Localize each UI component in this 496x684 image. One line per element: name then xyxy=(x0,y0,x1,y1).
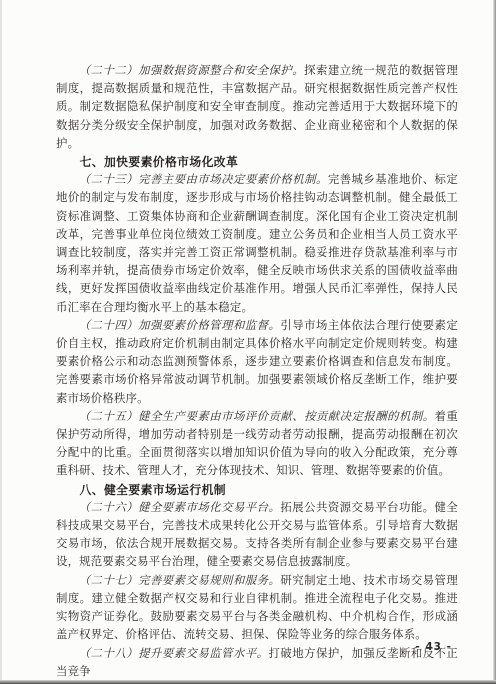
clause-24-lead: （二十四）加强要素价格管理和监督。 xyxy=(79,320,281,332)
paragraph-26: （二十六）健全要素市场化交易平台。拓展公共资源交易平台功能。健全科技成果交易平台… xyxy=(56,499,458,572)
paragraph-24: （二十四）加强要素价格管理和监督。引导市场主体依法合理行使要素定价自主权，推动政… xyxy=(56,317,458,408)
clause-24-body: 引导市场主体依法合理行使要素定价自主权，推动政府定价机制由制定具体价格水平向制定… xyxy=(56,320,458,405)
clause-23-body: 完善城乡基准地价、标定地价的制定与发布制度，逐步形成与市场价格挂钩动态调整机制。… xyxy=(56,174,458,313)
scan-edge-bottom xyxy=(0,680,496,684)
paragraph-25: （二十五）健全生产要素由市场评价贡献、按贡献决定报酬的机制。着重保护劳动所得，增… xyxy=(56,408,458,481)
clause-22-lead: （二十二）加强数据资源整合和安全保护。 xyxy=(79,65,304,77)
clause-22-body: 探索建立统一规范的数据管理制度，提高数据质量和规范性，丰富数据产品。研究根据数据… xyxy=(56,65,458,150)
document-content: （二十二）加强数据资源整合和安全保护。探索建立统一规范的数据管理制度，提高数据质… xyxy=(56,62,458,681)
clause-27-lead: （二十七）完善要素交易规则和服务。 xyxy=(79,575,281,587)
clause-23-lead: （二十三）完善主要由市场决定要素价格机制。 xyxy=(79,174,328,186)
section-heading-7: 七、加快要素价格市场化改革 xyxy=(56,153,458,171)
clause-28-lead: （二十八）提升要素交易监管水平。 xyxy=(79,648,269,660)
clause-25-lead: （二十五）健全生产要素由市场评价贡献、按贡献决定报酬的机制。 xyxy=(79,411,435,423)
paragraph-27: （二十七）完善要素交易规则和服务。研究制定土地、技术市场交易管理制度。建立健全数… xyxy=(56,572,458,645)
paragraph-23: （二十三）完善主要由市场决定要素价格机制。完善城乡基准地价、标定地价的制定与发布… xyxy=(56,171,458,317)
scan-edge-left xyxy=(0,0,2,684)
section-heading-8: 八、健全要素市场运行机制 xyxy=(56,481,458,499)
scanned-document-page: （二十二）加强数据资源整合和安全保护。探索建立统一规范的数据管理制度，提高数据质… xyxy=(0,0,496,684)
page-number: - 43 - xyxy=(415,641,452,653)
clause-26-lead: （二十六）健全要素市场化交易平台。 xyxy=(79,502,281,514)
paragraph-22: （二十二）加强数据资源整合和安全保护。探索建立统一规范的数据管理制度，提高数据质… xyxy=(56,62,458,153)
paragraph-28: （二十八）提升要素交易监管水平。打破地方保护，加强反垄断和反不正当竞争 xyxy=(56,645,458,681)
